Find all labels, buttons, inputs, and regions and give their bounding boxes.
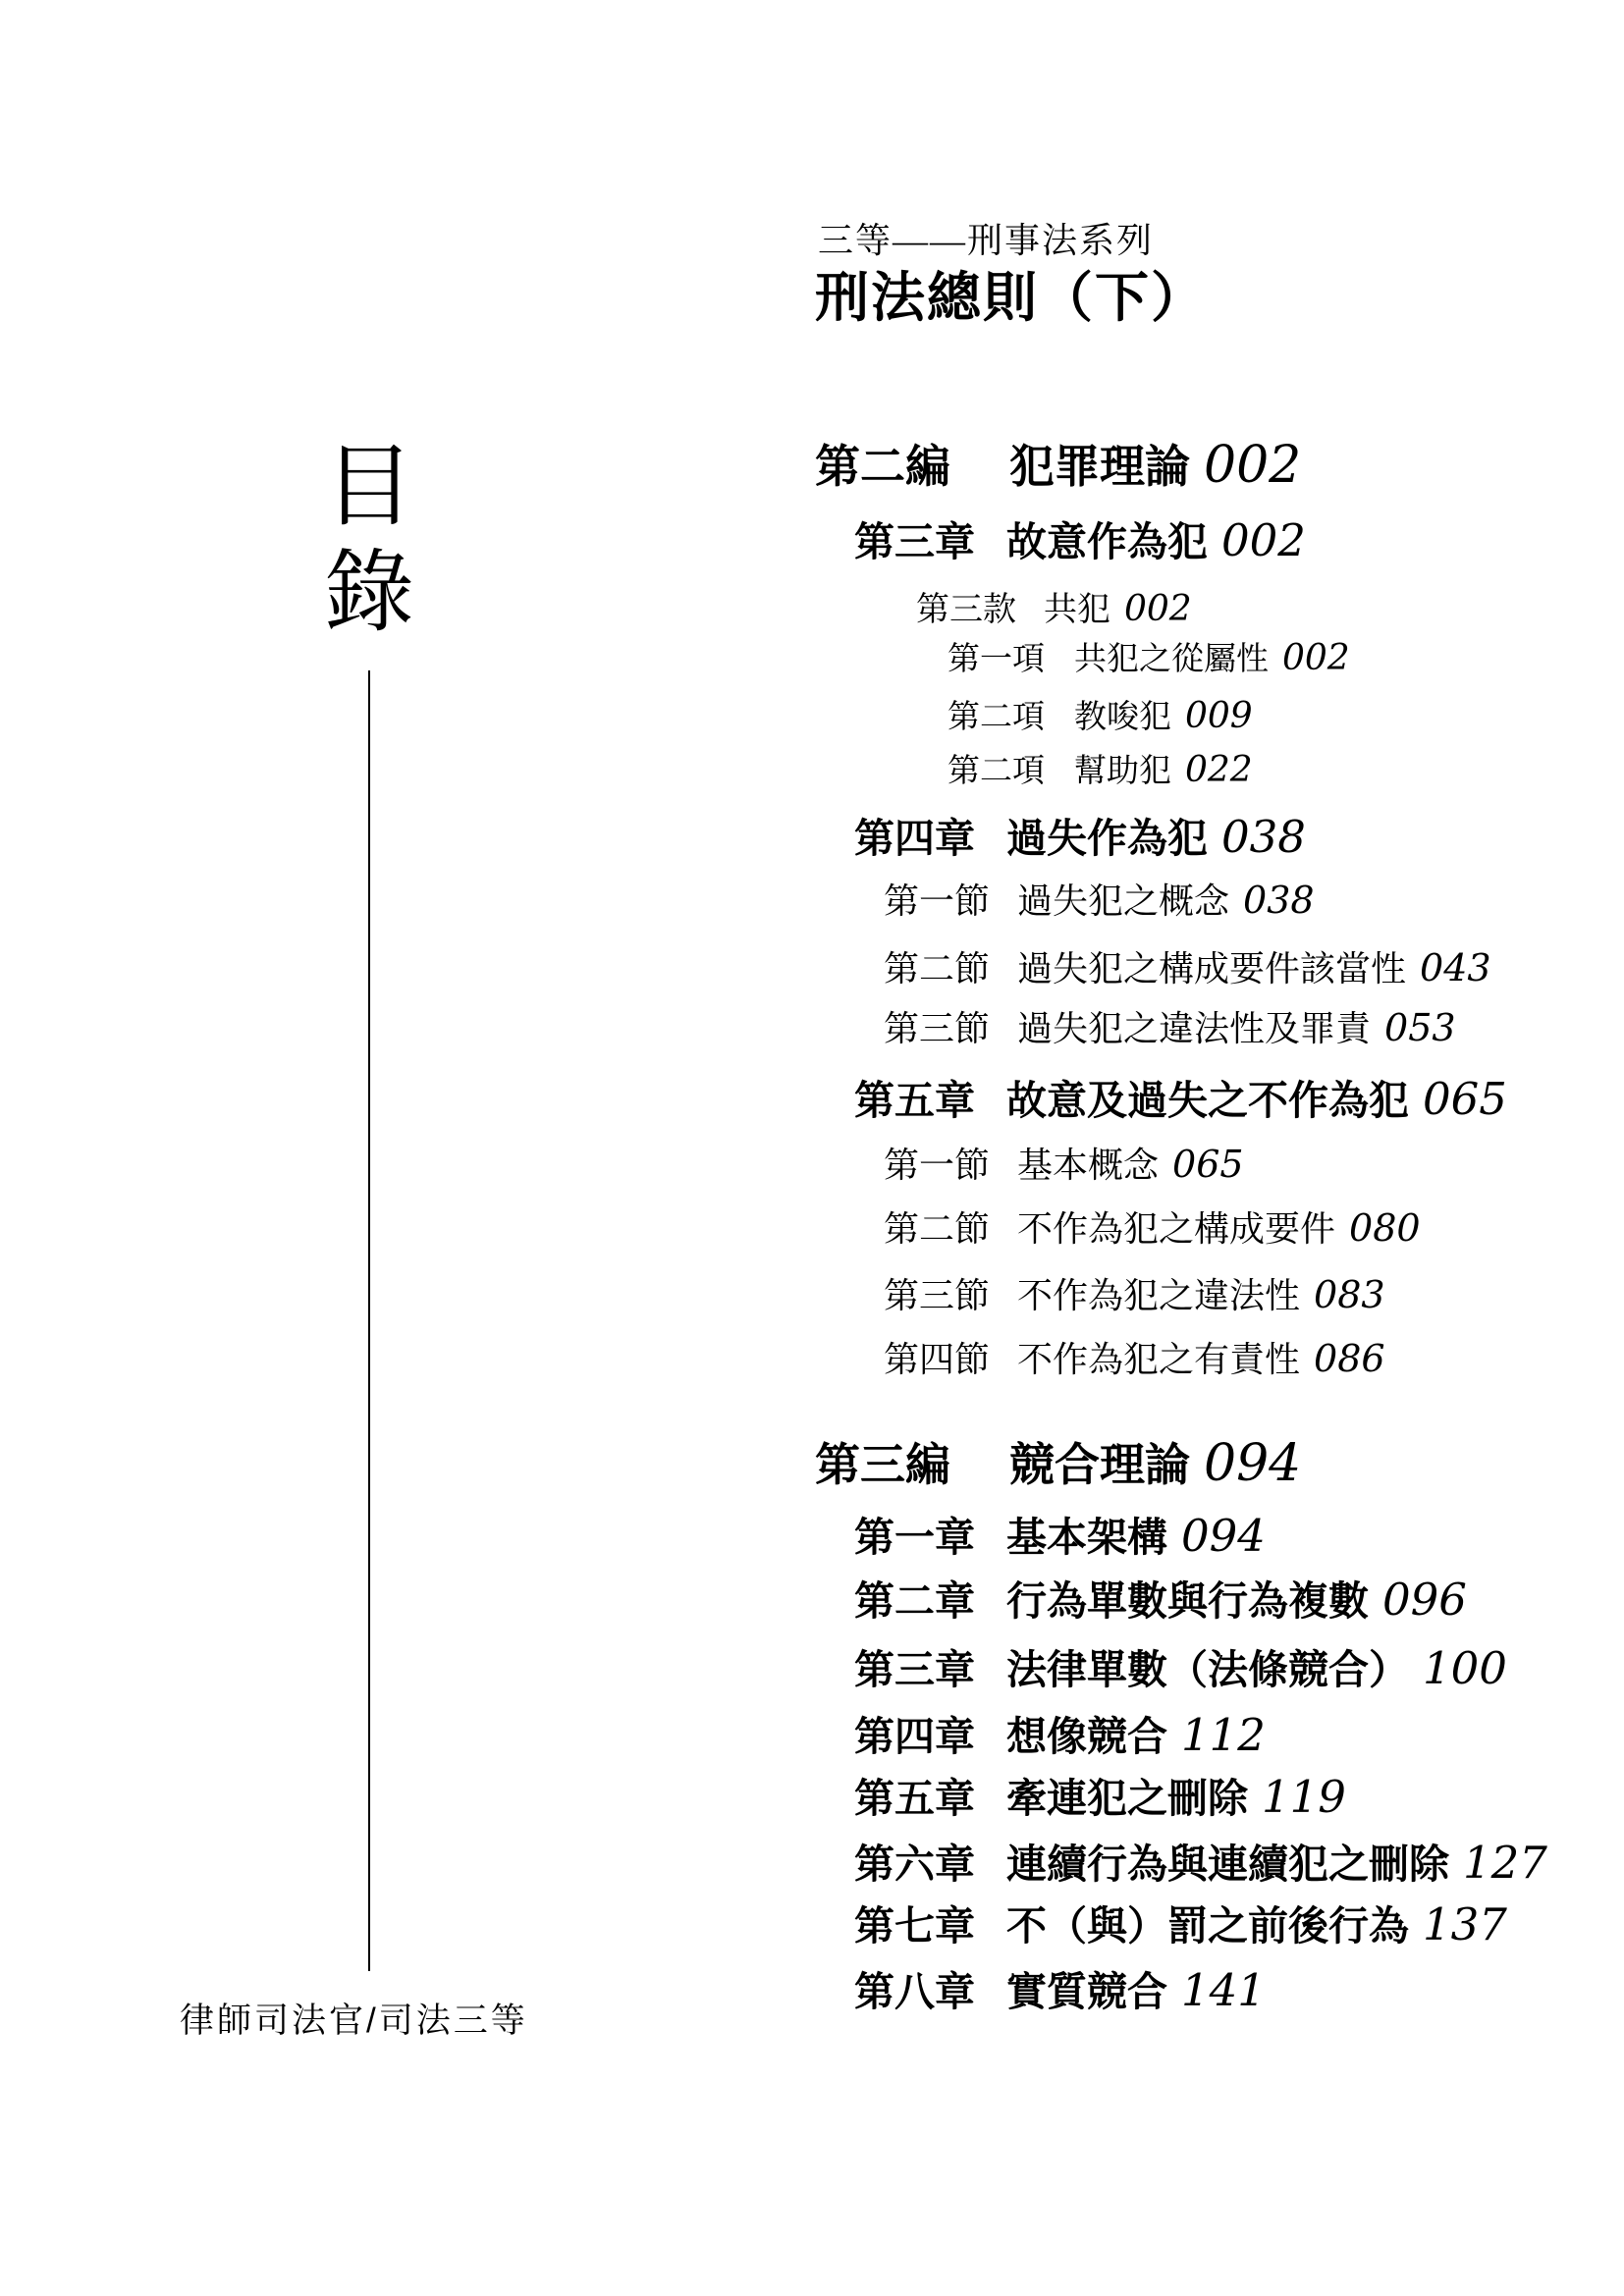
toc-entry-page: 096 xyxy=(1382,1577,1467,1622)
toc-entry-title: 實質競合 xyxy=(1006,1972,1167,2012)
document-page: 三等——刑事法系列 刑法總則（下） 目錄 第二編 犯罪理論 002 第三章 故意… xyxy=(0,0,1624,2296)
toc-entry: 第二節 過失犯之構成要件該當性 043 xyxy=(884,949,1491,987)
toc-entry-page: 112 xyxy=(1181,1713,1266,1757)
toc-entry: 第二編 犯罪理論 002 xyxy=(815,440,1301,491)
toc-entry-label: 第五章 xyxy=(854,1779,975,1819)
toc-entry-page: 094 xyxy=(1204,1438,1301,1489)
toc-entry-title: 過失作為犯 xyxy=(1006,819,1208,859)
toc-entry-label: 第六章 xyxy=(854,1844,975,1885)
toc-entry: 第三節 不作為犯之違法性 083 xyxy=(884,1276,1385,1313)
toc-entry-label: 第二節 xyxy=(884,1211,990,1247)
toc-entry-title: 不作為犯之構成要件 xyxy=(1017,1211,1335,1247)
toc-entry: 第三款 共犯 002 xyxy=(916,592,1192,627)
toc-entry-label: 第一章 xyxy=(854,1518,975,1558)
toc-entry-page: 083 xyxy=(1314,1276,1385,1313)
toc-entry: 第六章 連續行為與連續犯之刪除 127 xyxy=(854,1841,1547,1885)
toc-entry: 第二項 教唆犯 009 xyxy=(947,699,1253,734)
toc-entry-title: 幫助犯 xyxy=(1074,756,1171,788)
toc-entry: 第五章 故意及過失之不作為犯 065 xyxy=(854,1077,1507,1121)
toc-entry: 第五章 牽連犯之刪除 119 xyxy=(854,1775,1346,1819)
toc-entry-label: 第一項 xyxy=(947,644,1045,676)
toc-entry: 第七章 不（與）罰之前後行為 137 xyxy=(854,1902,1507,1947)
toc-entry: 第一章 基本架構 094 xyxy=(854,1514,1266,1558)
toc-entry: 第三章 故意作為犯 002 xyxy=(854,518,1306,562)
toc-entry: 第二章 行為單數與行為複數 096 xyxy=(854,1577,1467,1622)
toc-entry-title: 不作為犯之有責性 xyxy=(1017,1342,1300,1377)
toc-entry-title: 競合理論 xyxy=(1009,1443,1190,1488)
toc-entry-page: 119 xyxy=(1262,1775,1346,1819)
toc-entry-label: 第四節 xyxy=(884,1342,990,1377)
toc-entry-page: 053 xyxy=(1384,1009,1456,1046)
toc-entry: 第二項 幫助犯 022 xyxy=(947,753,1253,788)
toc-entry: 第一項 共犯之從屬性 002 xyxy=(947,641,1350,676)
toc-entry-page: 100 xyxy=(1423,1646,1507,1690)
toc-entry-label: 第八章 xyxy=(854,1972,975,2012)
toc-entry-page: 009 xyxy=(1185,699,1253,734)
toc-entry-page: 038 xyxy=(1221,815,1306,859)
vertical-divider xyxy=(368,670,370,1971)
toc-entry-title: 故意及過失之不作為犯 xyxy=(1006,1081,1409,1121)
toc-entry: 第三章 法律單數（法條競合） 100 xyxy=(854,1646,1507,1690)
toc-entry-label: 第四章 xyxy=(854,1717,975,1757)
toc-entry: 第四章 想像競合 112 xyxy=(854,1713,1266,1757)
toc-entry-label: 第二編 xyxy=(815,445,950,490)
toc-entry-page: 137 xyxy=(1423,1902,1507,1947)
toc-entry: 第一節 基本概念 065 xyxy=(884,1146,1244,1183)
toc-entry: 第三節 過失犯之違法性及罪責 053 xyxy=(884,1009,1456,1046)
toc-entry-title: 想像競合 xyxy=(1006,1717,1167,1757)
toc-entry-label: 第三節 xyxy=(884,1278,990,1313)
toc-entry-title: 基本架構 xyxy=(1006,1518,1167,1558)
toc-entry: 第三編 競合理論 094 xyxy=(815,1438,1301,1489)
toc-entry-title: 過失犯之違法性及罪責 xyxy=(1017,1011,1371,1046)
toc-entry-label: 第二項 xyxy=(947,756,1045,788)
toc-entry-label: 第四章 xyxy=(854,819,975,859)
toc-entry: 第四節 不作為犯之有責性 086 xyxy=(884,1340,1385,1377)
toc-entry-label: 第二節 xyxy=(884,951,990,987)
toc-entry-label: 第二章 xyxy=(854,1581,975,1622)
toc-entry-title: 不（與）罰之前後行為 xyxy=(1006,1906,1409,1947)
toc-entry-page: 080 xyxy=(1349,1209,1421,1247)
toc-heading: 目錄 xyxy=(316,438,406,650)
toc-entry-page: 002 xyxy=(1221,518,1306,562)
toc-entry-label: 第二項 xyxy=(947,702,1045,734)
toc-entry-title: 共犯之從屬性 xyxy=(1074,644,1269,676)
toc-entry-page: 038 xyxy=(1243,881,1315,919)
toc-entry: 第四章 過失作為犯 038 xyxy=(854,815,1306,859)
toc-entry-title: 共犯 xyxy=(1044,594,1110,627)
toc-entry-title: 法律單數（法條競合） xyxy=(1006,1650,1409,1690)
toc-entry: 第一節 過失犯之概念 038 xyxy=(884,881,1315,919)
toc-entry-label: 第五章 xyxy=(854,1081,975,1121)
toc-entry-title: 連續行為與連續犯之刪除 xyxy=(1006,1844,1449,1885)
toc-entry-title: 犯罪理論 xyxy=(1009,445,1190,490)
series-label: 三等——刑事法系列 xyxy=(818,222,1154,261)
toc-entry-label: 第一節 xyxy=(884,1148,990,1183)
toc-entry-title: 基本概念 xyxy=(1017,1148,1159,1183)
toc-entry-page: 094 xyxy=(1181,1514,1266,1558)
toc-entry-title: 過失犯之概念 xyxy=(1017,883,1229,919)
toc-entry: 第八章 實質競合 141 xyxy=(854,1968,1266,2012)
toc-entry-page: 127 xyxy=(1463,1841,1547,1885)
book-title: 刑法總則（下） xyxy=(815,269,1207,329)
footer-label: 律師司法官/司法三等 xyxy=(180,2002,528,2041)
toc-entry-title: 牽連犯之刪除 xyxy=(1006,1779,1248,1819)
toc-entry-page: 065 xyxy=(1172,1146,1244,1183)
toc-entry-page: 002 xyxy=(1282,641,1350,676)
toc-entry-label: 第三節 xyxy=(884,1011,990,1046)
toc-entry-page: 002 xyxy=(1204,440,1301,491)
toc-entry: 第二節 不作為犯之構成要件 080 xyxy=(884,1209,1421,1247)
toc-entry-title: 故意作為犯 xyxy=(1006,522,1208,562)
toc-entry-title: 教唆犯 xyxy=(1074,702,1171,734)
toc-entry-label: 第三章 xyxy=(854,1650,975,1690)
toc-entry-title: 過失犯之構成要件該當性 xyxy=(1017,951,1406,987)
toc-entry-label: 第三編 xyxy=(815,1443,950,1488)
toc-entry-label: 第一節 xyxy=(884,883,990,919)
toc-entry-page: 141 xyxy=(1181,1968,1266,2012)
toc-entry-page: 086 xyxy=(1314,1340,1385,1377)
toc-entry-label: 第三款 xyxy=(916,594,1016,627)
toc-entry-title: 行為單數與行為複數 xyxy=(1006,1581,1369,1622)
toc-entry-label: 第三章 xyxy=(854,522,975,562)
toc-entry-page: 002 xyxy=(1124,592,1192,627)
toc-entry-page: 065 xyxy=(1423,1077,1507,1121)
toc-entry-title: 不作為犯之違法性 xyxy=(1017,1278,1300,1313)
toc-entry-label: 第七章 xyxy=(854,1906,975,1947)
toc-entry-page: 022 xyxy=(1185,753,1253,788)
toc-entry-page: 043 xyxy=(1420,949,1491,987)
